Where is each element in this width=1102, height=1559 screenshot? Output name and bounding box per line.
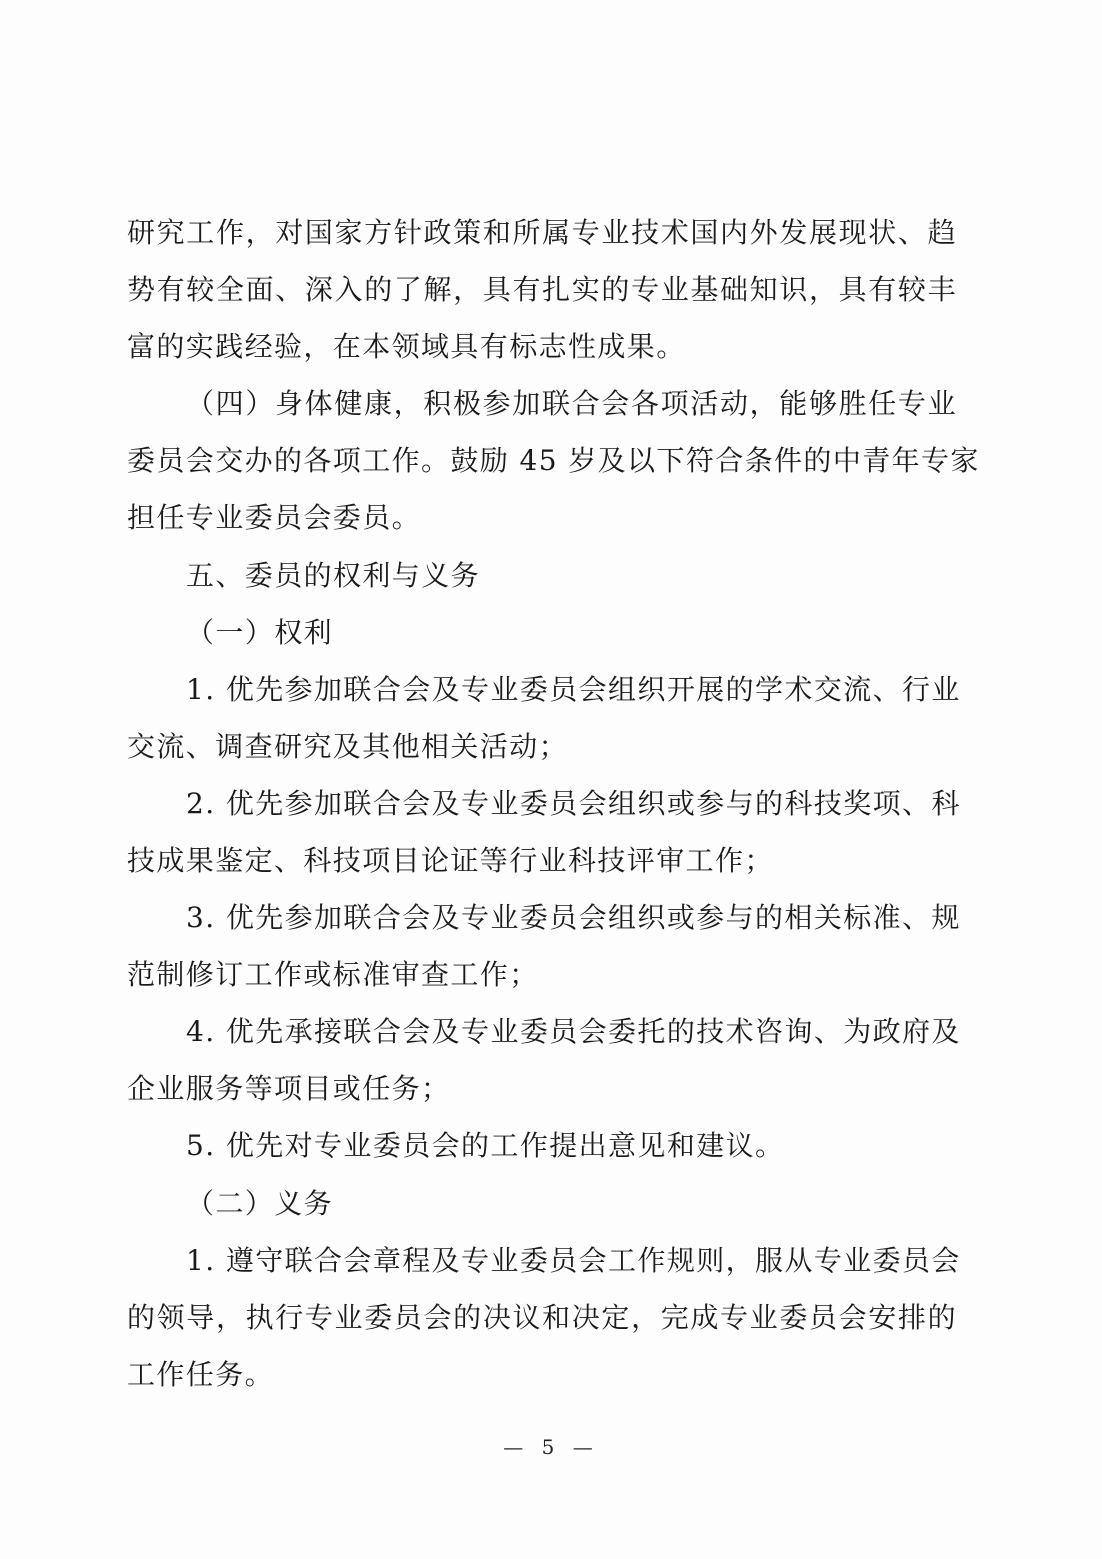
subsection-heading: （二）义务 — [186, 1184, 957, 1224]
subsection-heading: （一）权利 — [186, 613, 957, 653]
list-item: 1. 优先参加联合会及专业委员会组织开展的学术交流、行业 — [186, 670, 957, 710]
list-item-continuation: 的领导，执行专业委员会的决议和决定，完成专业委员会安排的 — [127, 1298, 957, 1338]
list-item: 5. 优先对专业委员会的工作提出意见和建议。 — [186, 1126, 957, 1166]
list-item-continuation: 技成果鉴定、科技项目论证等行业科技评审工作； — [127, 841, 957, 881]
list-item: 4. 优先承接联合会及专业委员会委托的技术咨询、为政府及 — [186, 1012, 957, 1052]
list-item: 1. 遵守联合会章程及专业委员会工作规则，服从专业委员会 — [186, 1241, 957, 1281]
paragraph-line: （四）身体健康，积极参加联合会各项活动，能够胜任专业 — [186, 384, 957, 424]
paragraph-line: 担任专业委员会委员。 — [127, 498, 957, 538]
paragraph-line: 势有较全面、深入的了解，具有扎实的专业基础知识，具有较丰 — [127, 270, 957, 310]
list-item-continuation: 工作任务。 — [127, 1355, 957, 1395]
page-number: — 5 — — [0, 1432, 1102, 1462]
paragraph-line: 研究工作，对国家方针政策和所属专业技术国内外发展现状、趋 — [127, 213, 957, 253]
list-item-continuation: 范制修订工作或标准审查工作； — [127, 955, 957, 995]
paragraph-line: 委员会交办的各项工作。鼓励 45 岁及以下符合条件的中青年专家 — [127, 441, 957, 481]
paragraph-line: 富的实践经验，在本领域具有标志性成果。 — [127, 327, 957, 367]
list-item-continuation: 企业服务等项目或任务； — [127, 1069, 957, 1109]
document-page: 研究工作，对国家方针政策和所属专业技术国内外发展现状、趋 势有较全面、深入的了解… — [0, 0, 1102, 1559]
list-item: 2. 优先参加联合会及专业委员会组织或参与的科技奖项、科 — [186, 784, 957, 824]
list-item: 3. 优先参加联合会及专业委员会组织或参与的相关标准、规 — [186, 898, 957, 938]
list-item-continuation: 交流、调查研究及其他相关活动； — [127, 727, 957, 767]
section-heading: 五、委员的权利与义务 — [186, 556, 957, 596]
